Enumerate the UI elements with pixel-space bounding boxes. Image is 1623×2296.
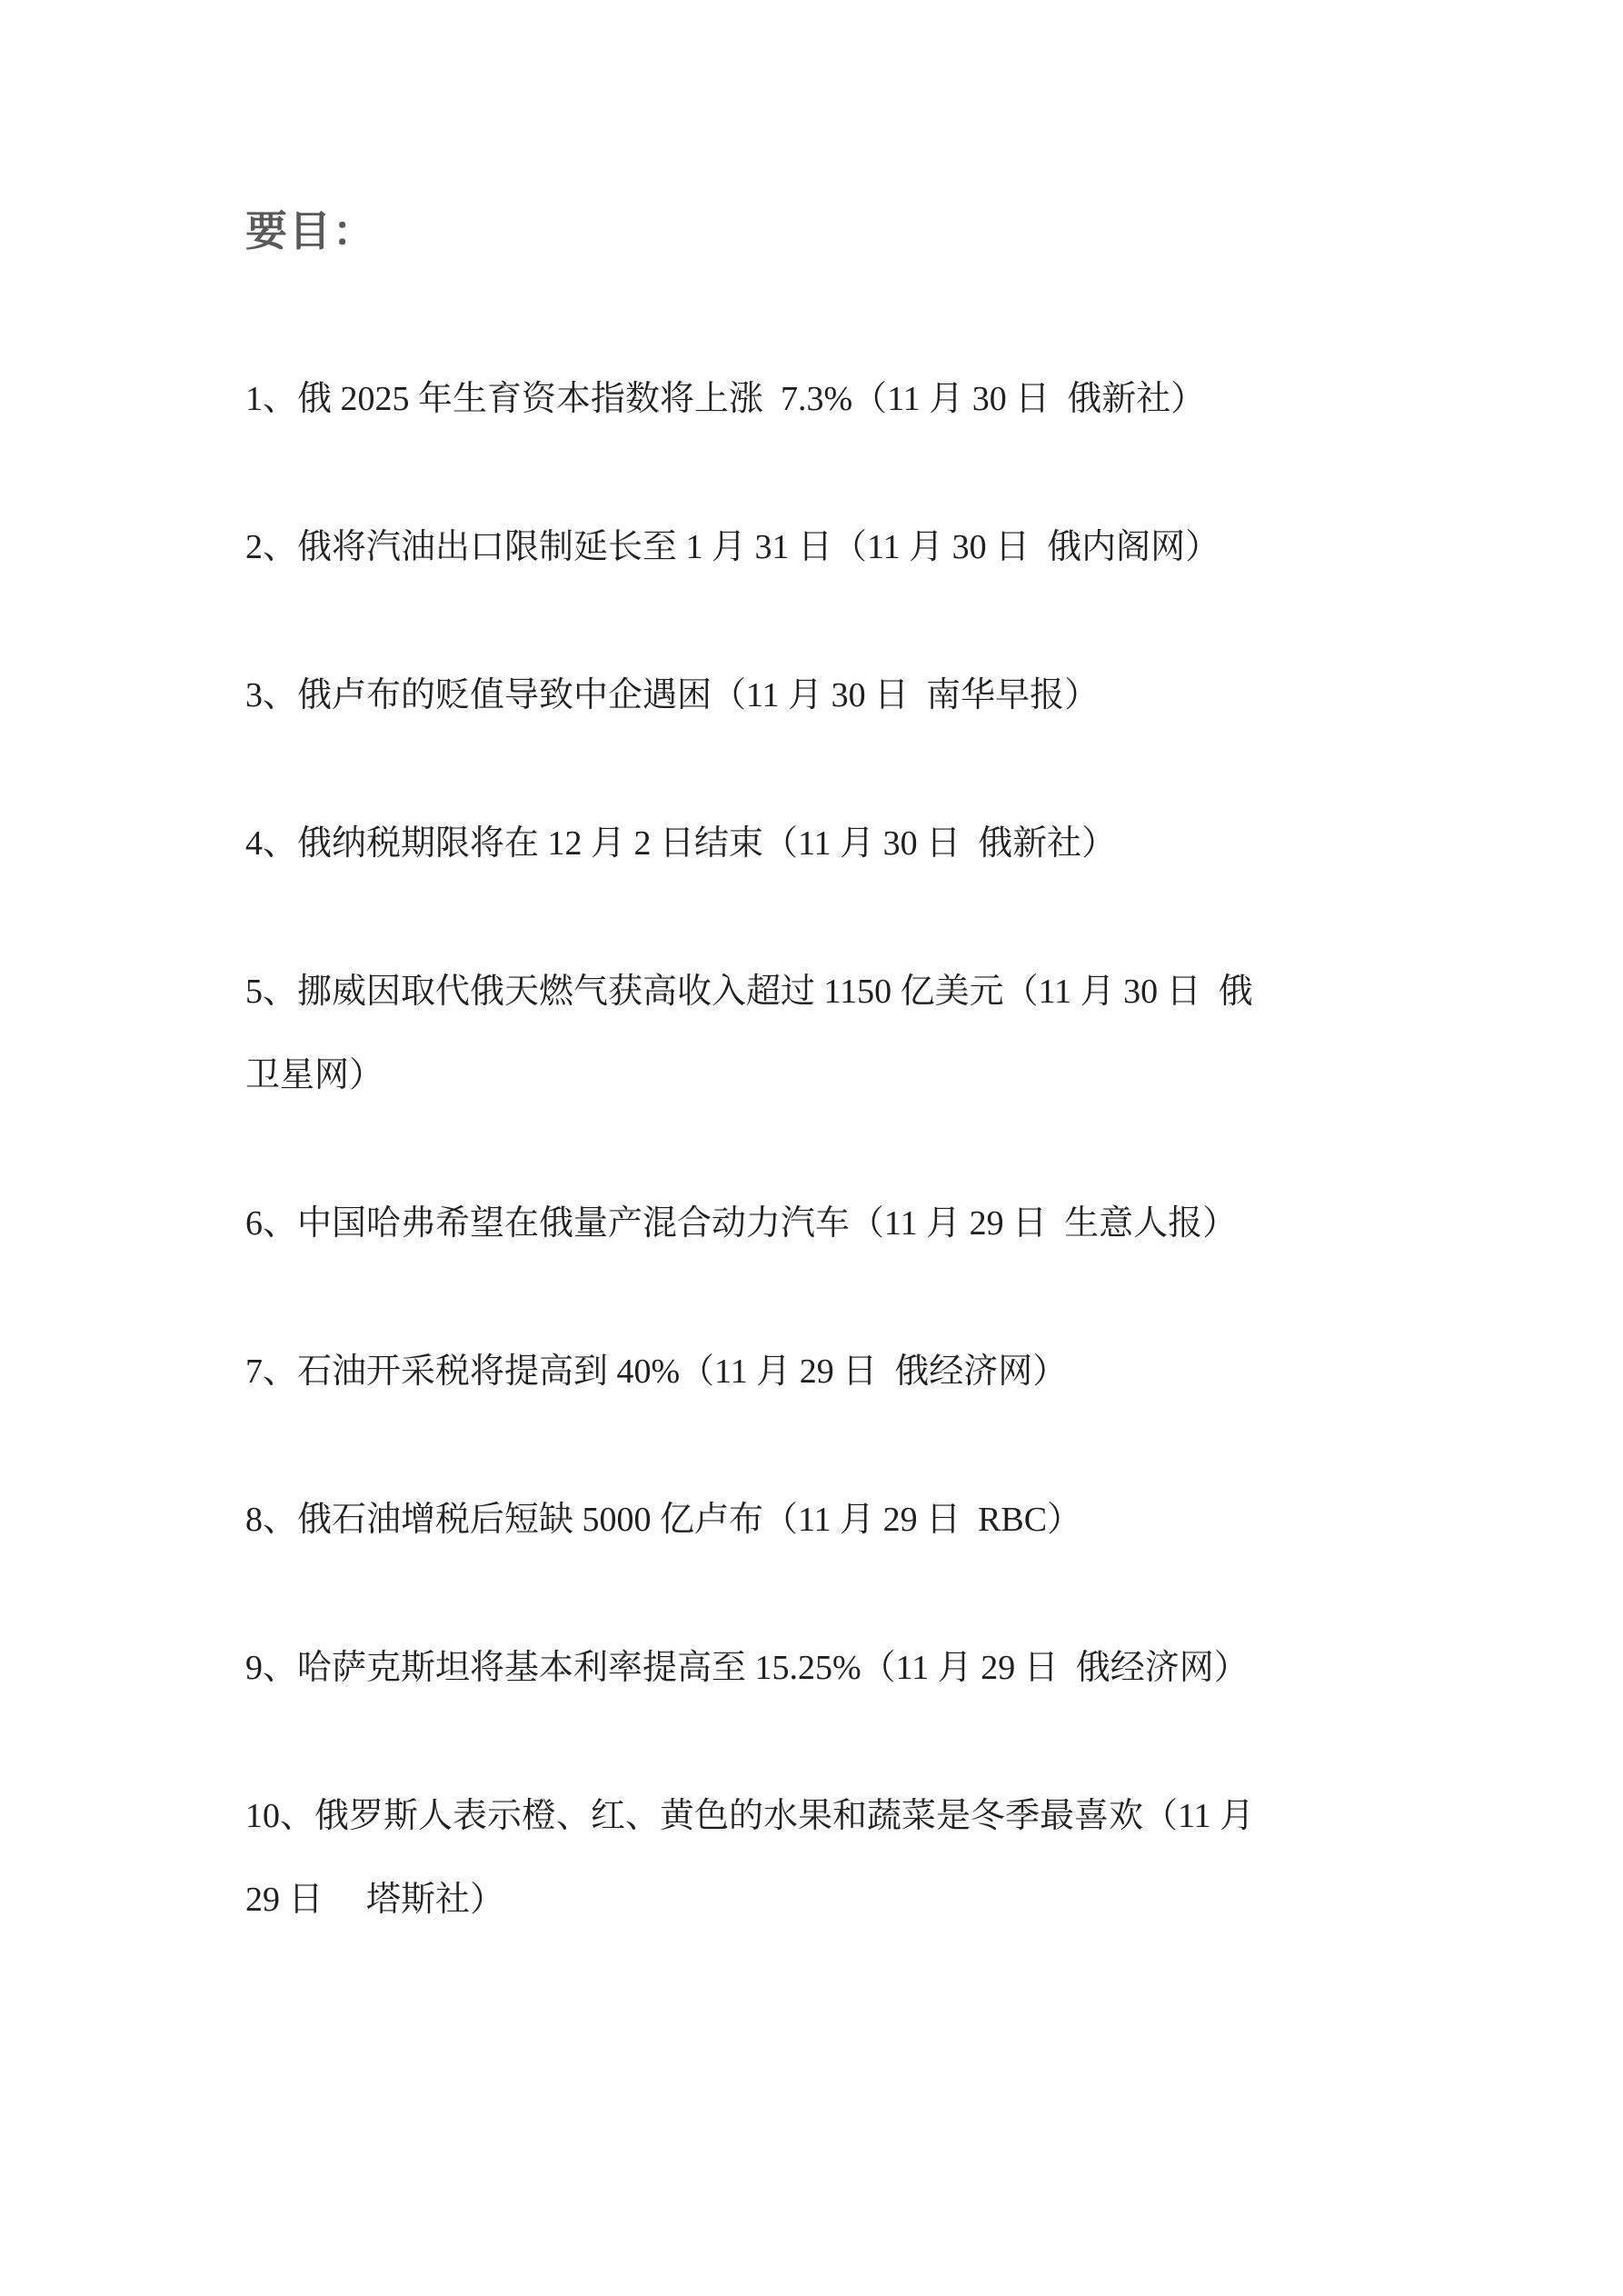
document-page: 要目： 1、俄 2025 年生育资本指数将上涨 7.3%（11 月 30 日 俄…	[0, 0, 1623, 2296]
news-item-3: 3、俄卢布的贬值导致中企遇困（11 月 30 日 南华早报）	[245, 654, 1422, 737]
news-item-4: 4、俄纳税期限将在 12 月 2 日结束（11 月 30 日 俄新社）	[245, 802, 1422, 885]
news-item-2: 2、俄将汽油出口限制延长至 1 月 31 日（11 月 30 日 俄内阁网）	[245, 505, 1422, 589]
news-item-6: 6、中国哈弗希望在俄量产混合动力汽车（11 月 29 日 生意人报）	[245, 1182, 1422, 1265]
news-item-5: 5、挪威因取代俄天燃气获高收入超过 1150 亿美元（11 月 30 日 俄 卫…	[245, 950, 1422, 1117]
news-item-7: 7、石油开采税将提高到 40%（11 月 29 日 俄经济网）	[245, 1330, 1422, 1413]
document-title: 要目：	[245, 205, 1418, 259]
news-list: 1、俄 2025 年生育资本指数将上涨 7.3%（11 月 30 日 俄新社） …	[245, 357, 1422, 1942]
news-item-1: 1、俄 2025 年生育资本指数将上涨 7.3%（11 月 30 日 俄新社）	[245, 357, 1422, 441]
news-item-9: 9、哈萨克斯坦将基本利率提高至 15.25%（11 月 29 日 俄经济网）	[245, 1626, 1422, 1710]
news-item-10: 10、俄罗斯人表示橙、红、黄色的水果和蔬菜是冬季最喜欢（11 月 29 日 塔斯…	[245, 1774, 1422, 1942]
news-item-8: 8、俄石油增税后短缺 5000 亿卢布（11 月 29 日 RBC）	[245, 1478, 1422, 1562]
